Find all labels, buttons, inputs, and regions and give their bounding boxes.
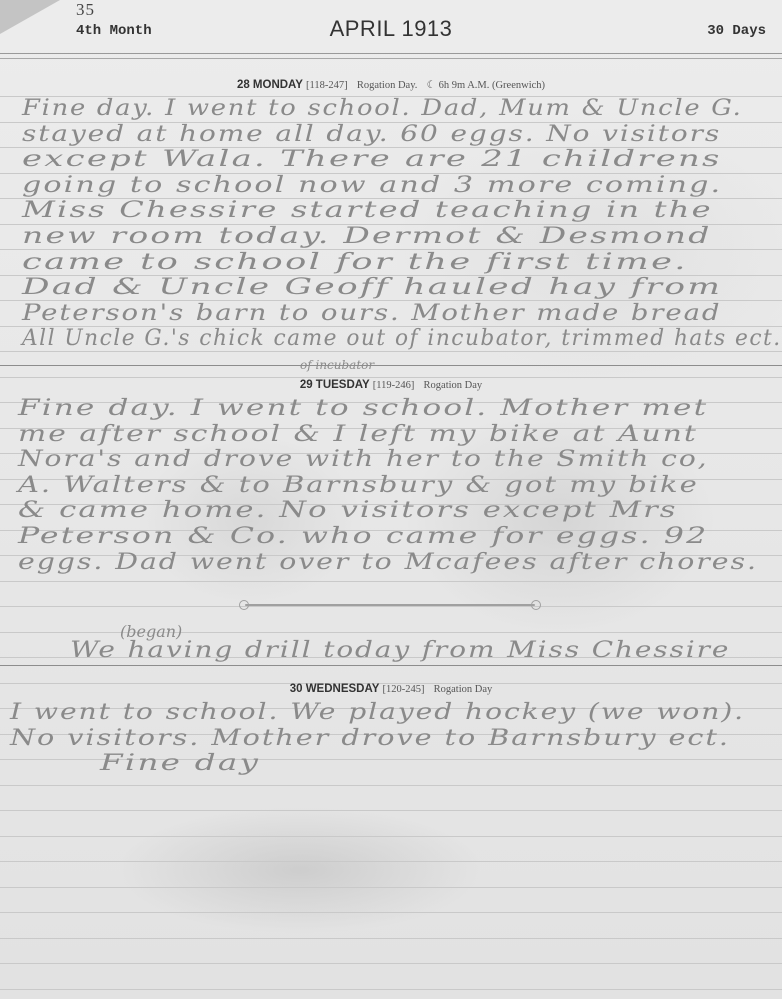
entry-line: me after school & I left my bike at Aunt: [18, 422, 698, 447]
entry-line: Miss Chessire started teaching in the: [22, 198, 713, 223]
ruled-line: [0, 632, 782, 633]
ruled-line: [0, 581, 782, 582]
entry-line: All Uncle G.'s chick came out of incubat…: [22, 326, 782, 351]
entry-line: Nora's and drove with her to the Smith c…: [18, 447, 709, 472]
entry-line: Fine day. I went to school. Mother met: [18, 396, 708, 421]
day-count: [118-247]: [306, 80, 348, 91]
day-note: Rogation Day: [434, 684, 493, 695]
entry-line: Peterson & Co. who came for eggs. 92: [18, 524, 708, 549]
entry-line: stayed at home all day. 60 eggs. No visi…: [22, 122, 721, 147]
entry-line: going to school now and 3 more coming.: [22, 173, 722, 198]
entry-line: Fine day: [100, 751, 260, 776]
entry-line: Fine day. I went to school. Dad, Mum & U…: [22, 96, 743, 121]
day-heading-29: 29 TUESDAY [119-246] Rogation Day: [0, 379, 782, 391]
ruled-line: [0, 785, 782, 786]
ruled-line: [0, 912, 782, 913]
ruled-line: [0, 810, 782, 811]
page-title: APRIL 1913: [0, 16, 782, 42]
ruled-line: [0, 938, 782, 939]
ruled-line: [0, 377, 782, 378]
day-note: Rogation Day: [424, 380, 483, 391]
ruled-line: [0, 861, 782, 862]
day-heading-28: 28 MONDAY [118-247] Rogation Day. ☾ 6h 9…: [0, 79, 782, 91]
ruled-line: [0, 836, 782, 837]
ruled-line: [0, 351, 782, 352]
entry-line: Peterson's barn to ours. Mother made bre…: [22, 301, 721, 326]
entry-line: I went to school. We played hockey (we w…: [10, 700, 745, 725]
day-heading-30: 30 WEDNESDAY [120-245] Rogation Day: [0, 683, 782, 695]
day-count: [120-245]: [382, 684, 424, 695]
moon-phase: ☾ 6h 9m A.M. (Greenwich): [427, 80, 545, 91]
entry-line: new room today. Dermot & Desmond: [22, 224, 712, 249]
day-note: Rogation Day.: [357, 80, 418, 91]
insertion-note: of incubator: [300, 358, 374, 372]
entry-line: Dad & Uncle Geoff hauled hay from: [22, 275, 722, 300]
day-count: [119-246]: [373, 380, 415, 391]
entry-line: No visitors. Mother drove to Barnsbury e…: [10, 726, 730, 751]
days-in-month-label: 30 Days: [707, 23, 766, 39]
entry-line: came to school for the first time.: [22, 250, 688, 275]
postscript-line: We having drill today from Miss Chessire: [70, 638, 730, 663]
header-rule: [0, 58, 782, 59]
day-name: 30 WEDNESDAY: [290, 683, 380, 695]
ruled-line: [0, 989, 782, 990]
entry-line: & came home. No visitors except Mrs: [18, 498, 678, 523]
day-divider-rule: [0, 365, 782, 366]
ruled-line: [0, 606, 782, 607]
entry-line: except Wala. There are 21 childrens: [22, 147, 722, 172]
ruled-line: [0, 963, 782, 964]
header-rule: [0, 53, 782, 54]
ruled-line: [0, 887, 782, 888]
divider-squiggle: [245, 604, 535, 606]
day-name: 28 MONDAY: [237, 79, 303, 91]
diary-page: 35 4th Month APRIL 1913 30 Days 28 MONDA…: [0, 0, 782, 999]
day-name: 29 TUESDAY: [300, 379, 370, 391]
entry-line: eggs. Dad went over to Mcafees after cho…: [18, 550, 758, 575]
entry-line: A. Walters & to Barnsbury & got my bike: [18, 473, 699, 498]
day-divider-rule: [0, 665, 782, 666]
